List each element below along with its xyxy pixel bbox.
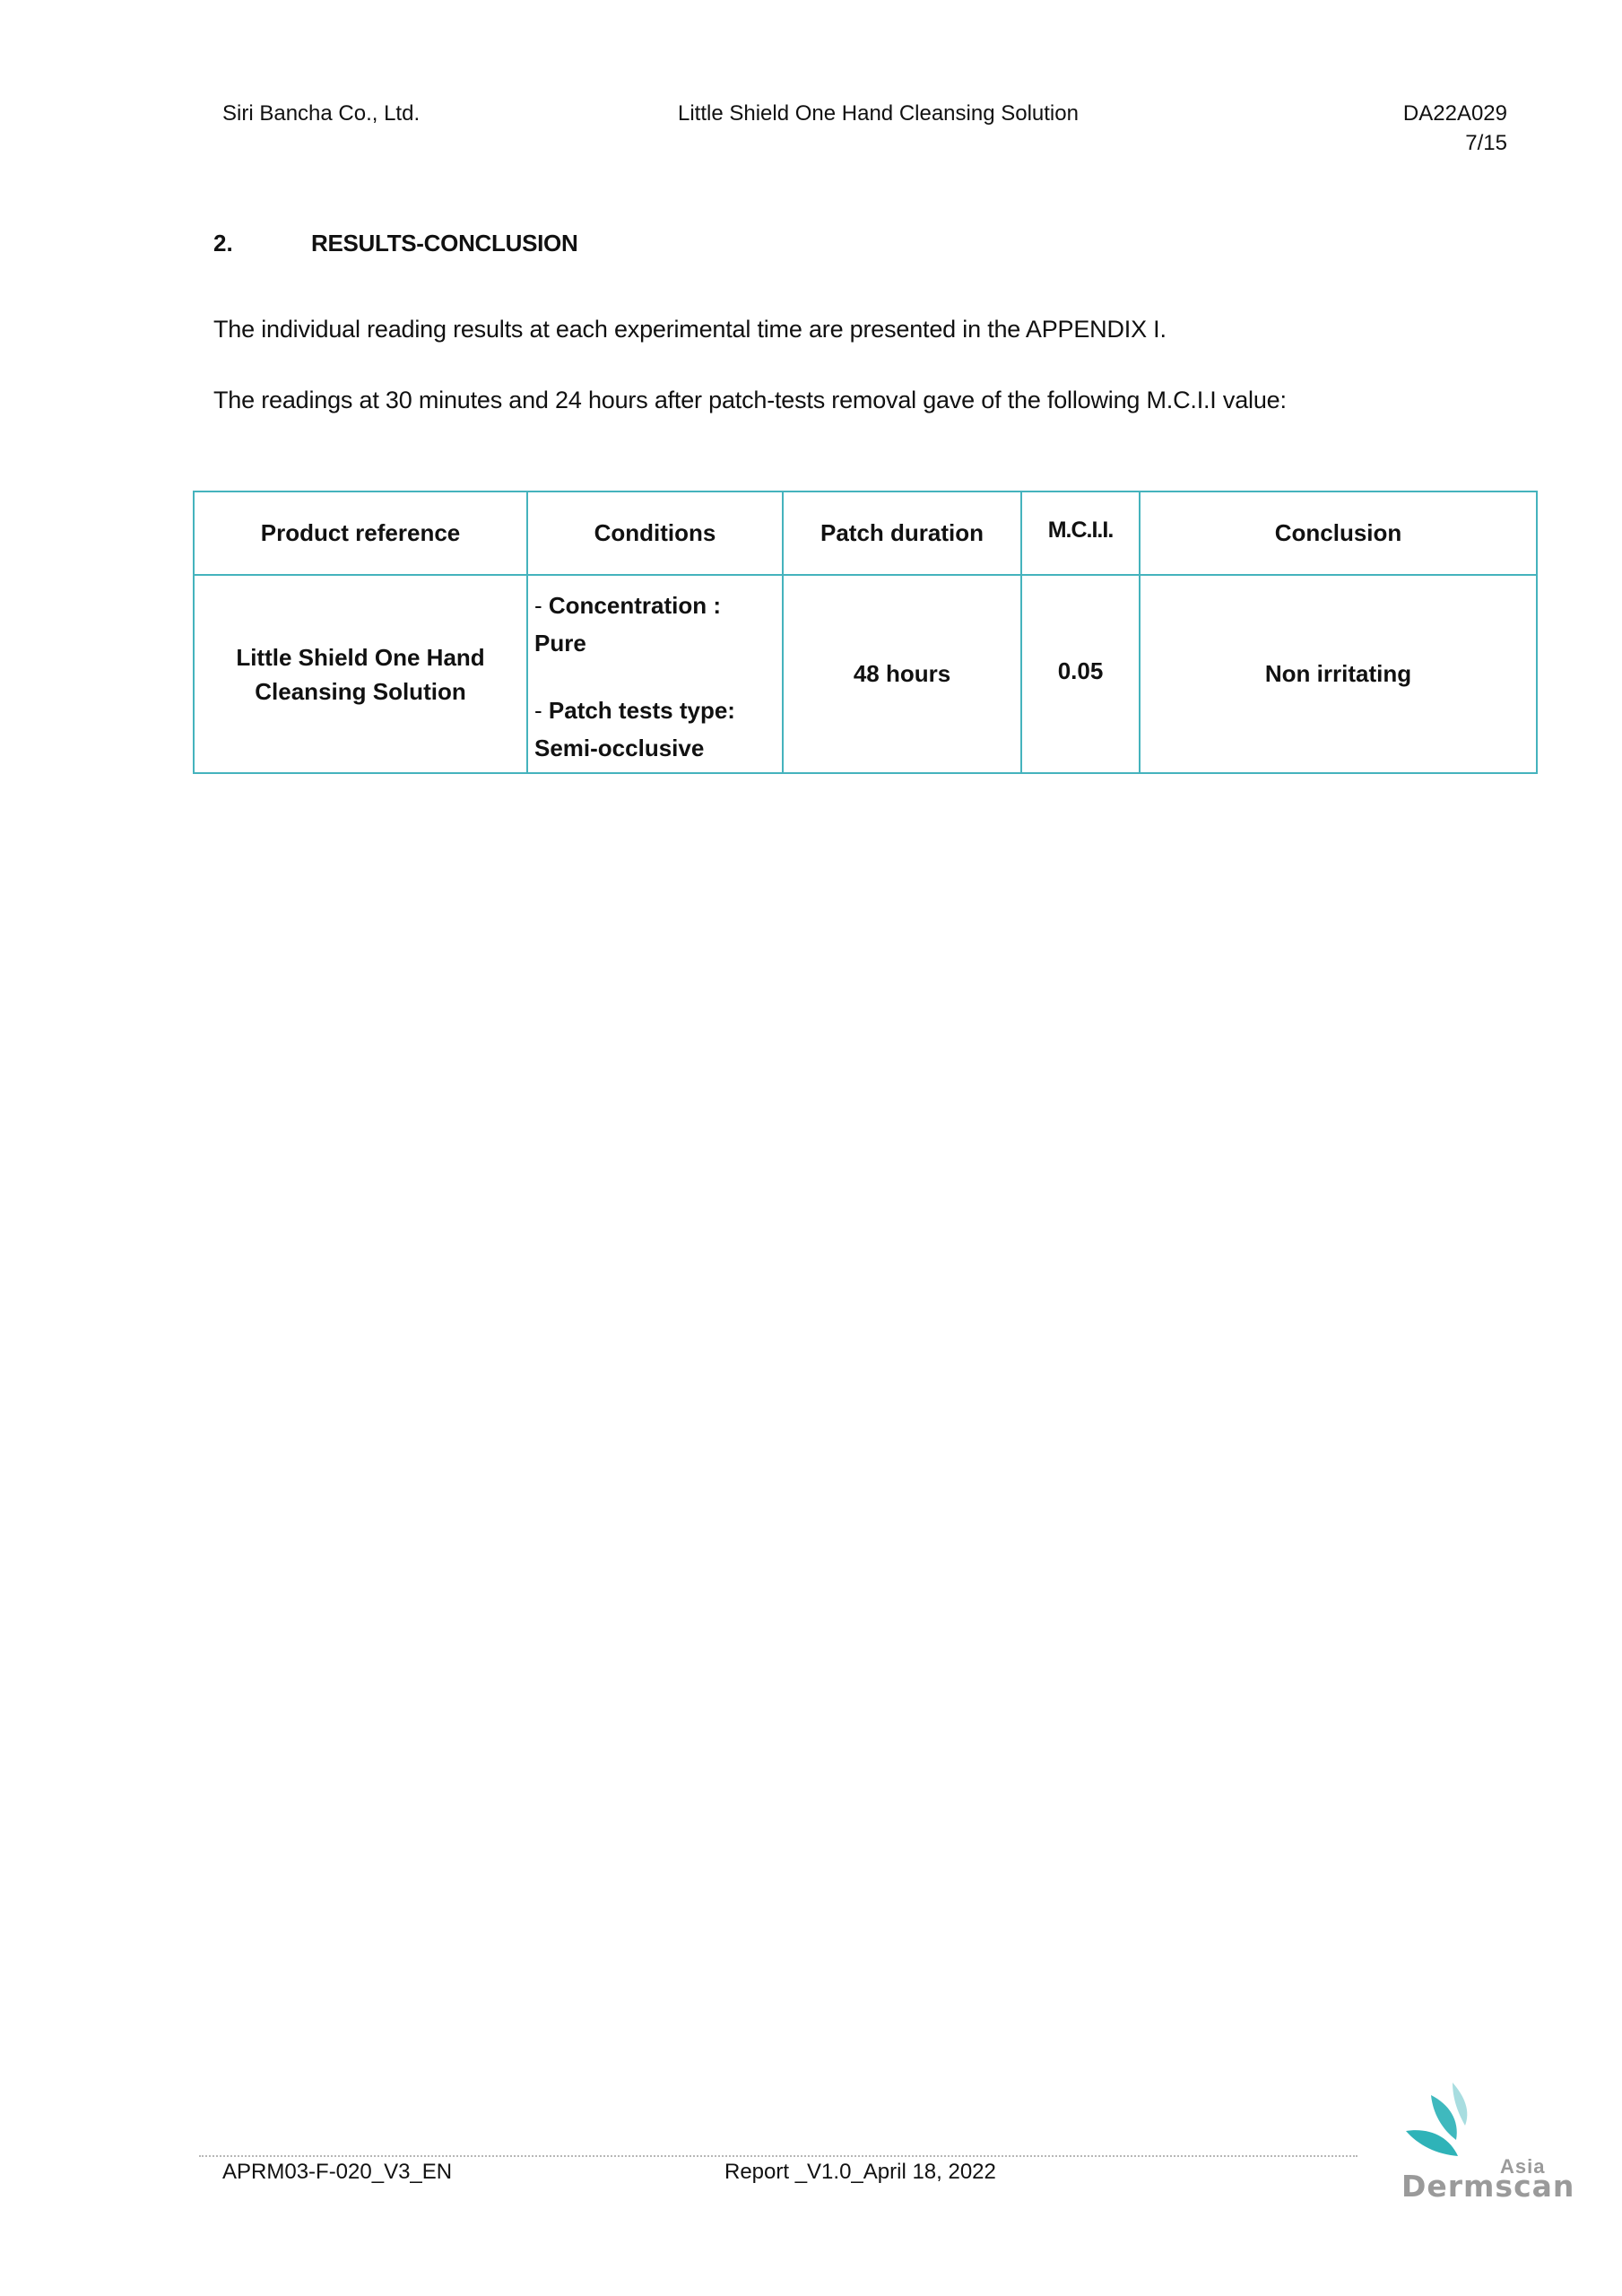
cell-mcii: 0.05 (1021, 575, 1140, 773)
table-row: Little Shield One Hand Cleansing Solutio… (194, 575, 1537, 773)
product-line-1: Little Shield One Hand (195, 640, 526, 674)
product-line-2: Cleansing Solution (195, 674, 526, 709)
report-code: DA22A029 (1403, 99, 1507, 128)
logo-name: Dermscan (1401, 2169, 1574, 2204)
dermscan-logo: Asia Dermscan (1399, 2081, 1551, 2197)
header-mcii: M.C.I.I. (1021, 491, 1140, 575)
table-header-row: Product reference Conditions Patch durat… (194, 491, 1537, 575)
header-product-reference: Product reference (194, 491, 527, 575)
header-conclusion: Conclusion (1140, 491, 1537, 575)
header-company: Siri Bancha Co., Ltd. (222, 101, 420, 126)
header-reference: DA22A029 7/15 (1403, 99, 1507, 158)
mcii-value: 0.05 (1058, 657, 1104, 684)
header-conditions: Conditions (527, 491, 783, 575)
concentration-value: Pure (534, 624, 782, 662)
patch-type-value: Semi-occlusive (534, 729, 782, 767)
leaf-icon (1399, 2081, 1506, 2161)
header-mcii-label: M.C.I.I. (1048, 517, 1114, 543)
paragraph-readings: The readings at 30 minutes and 24 hours … (213, 387, 1287, 414)
patch-type-label: - Patch tests type: (534, 691, 782, 729)
paragraph-appendix: The individual reading results at each e… (213, 316, 1167, 344)
results-table: Product reference Conditions Patch durat… (193, 491, 1538, 774)
header-product: Little Shield One Hand Cleansing Solutio… (678, 101, 1079, 126)
page-number: 7/15 (1403, 128, 1507, 158)
section-title: RESULTS-CONCLUSION (311, 230, 577, 257)
footer-divider (199, 2155, 1357, 2157)
cell-patch-duration: 48 hours (783, 575, 1021, 773)
footer-report-version: Report _V1.0_April 18, 2022 (724, 2160, 996, 2185)
header-patch-duration: Patch duration (783, 491, 1021, 575)
cell-conditions: - Concentration : Pure - Patch tests typ… (527, 575, 783, 773)
cell-conclusion: Non irritating (1140, 575, 1537, 773)
cell-product-reference: Little Shield One Hand Cleansing Solutio… (194, 575, 527, 773)
footer-form-code: APRM03-F-020_V3_EN (222, 2160, 452, 2185)
concentration-label: - Concentration : (534, 587, 782, 624)
section-number: 2. (213, 230, 233, 257)
